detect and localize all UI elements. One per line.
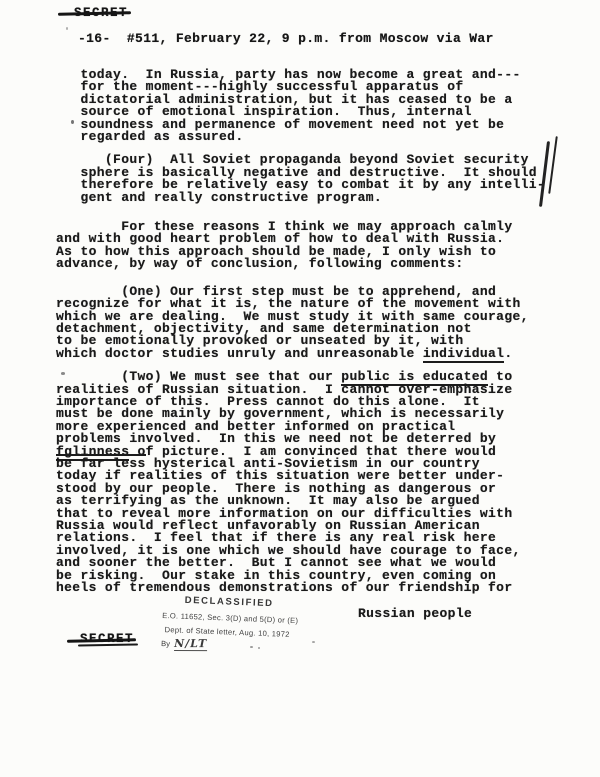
declassification-stamp: DECLASSIFIED E.O. 11652, Sec. 3(D) and 5… (161, 594, 363, 658)
text-line: regarded as assured. (56, 131, 556, 143)
paragraph: (Four) All Soviet propaganda beyond Sovi… (56, 154, 556, 204)
stamp-by-label: By (161, 639, 170, 648)
text-line: gent and really constructive program. (56, 192, 556, 204)
paragraph: For these reasons I think we may approac… (56, 221, 556, 271)
page-header: -16- #511, February 22, 9 p.m. from Mosc… (78, 31, 494, 46)
text-line: heels of tremendous demonstrations of ou… (56, 582, 556, 594)
paragraph: (One) Our first step must be to apprehen… (56, 286, 556, 360)
continuation-text: Russian people (358, 606, 472, 621)
stamp-authority-line: E.O. 11652, Sec. 3(D) and 5(D) or (E) (162, 610, 362, 627)
scan-noise-speck (71, 120, 74, 124)
scan-noise-speck (66, 27, 68, 30)
text-line: which doctor studies unruly and unreason… (56, 348, 556, 360)
stamp-title: DECLASSIFIED (185, 595, 363, 613)
scan-noise-speck (61, 372, 65, 375)
classification-banner-bottom: SECRET (80, 632, 134, 646)
scanned-document-page: SECRET -16- #511, February 22, 9 p.m. fr… (0, 0, 600, 777)
pencil-underline: individual (423, 346, 505, 363)
handwritten-initials: N/LT (174, 637, 207, 651)
text-line: advance, by way of conclusion, following… (56, 258, 556, 270)
classification-banner-top: SECRET (74, 6, 128, 20)
underline-mark (78, 643, 138, 646)
scan-noise-speck (312, 641, 315, 643)
document-body: today. In Russia, party has now become a… (56, 69, 556, 594)
paragraph: (Two) We must see that our public is edu… (56, 371, 556, 594)
paragraph: today. In Russia, party has now become a… (56, 69, 556, 143)
scan-noise-speck (258, 647, 260, 649)
scan-noise-speck (250, 646, 253, 648)
